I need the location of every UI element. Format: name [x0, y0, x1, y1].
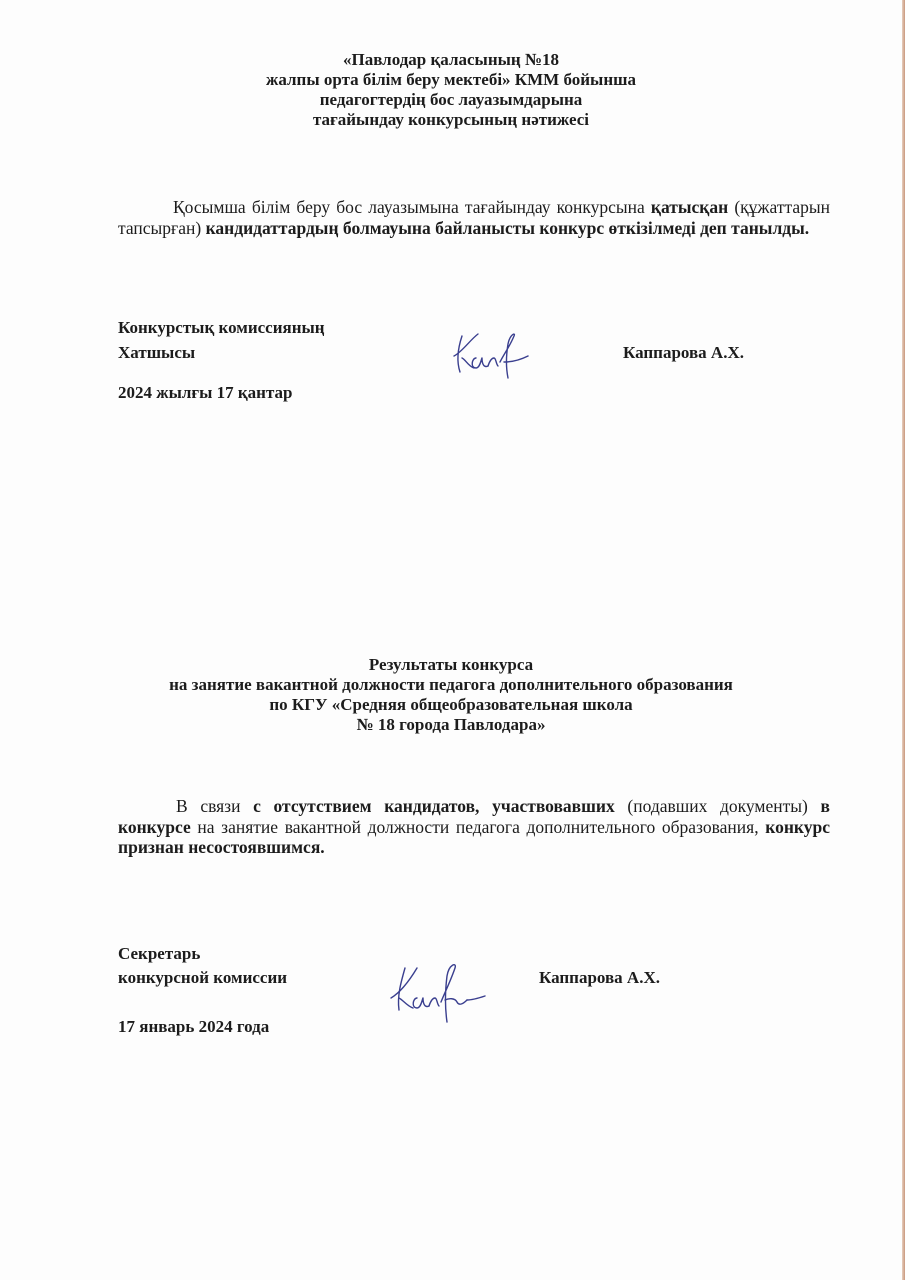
- kazakh-handwritten-signature: [448, 328, 538, 383]
- russian-body-text-3: (подавших документы): [615, 796, 821, 816]
- kazakh-body-text-1: Қосымша білім беру бос лауазымына тағайы…: [173, 197, 651, 217]
- russian-heading-line-2: на занятие вакантной должности педагога …: [0, 675, 902, 695]
- kazakh-heading-line-1: «Павлодар қаласының №18: [0, 50, 902, 70]
- russian-date: 17 январь 2024 года: [118, 1017, 269, 1037]
- kazakh-signer-name: Каппарова А.Х.: [623, 343, 744, 363]
- russian-signer-title-line-2: конкурсной комиссии: [118, 968, 287, 988]
- russian-heading-line-1: Результаты конкурса: [0, 655, 902, 675]
- kazakh-body-text-4: кандидаттардың болмауына байланысты конк…: [206, 218, 810, 238]
- russian-body-text-2: с отсутствием кандидатов, участвовавших: [253, 796, 615, 816]
- kazakh-date: 2024 жылғы 17 қантар: [118, 383, 292, 403]
- kazakh-signer-title-line-2: Хатшысы: [118, 343, 195, 363]
- kazakh-body-text-2: қатысқан: [651, 197, 728, 217]
- kazakh-heading-line-4: тағайындау конкурсының нәтижесі: [0, 110, 902, 130]
- russian-handwritten-signature: [383, 958, 493, 1028]
- russian-heading-line-3: по КГУ «Средняя общеобразовательная школ…: [0, 695, 902, 715]
- kazakh-body-paragraph: Қосымша білім беру бос лауазымына тағайы…: [118, 197, 830, 238]
- russian-body-text-5: на занятие вакантной должности педагога …: [191, 817, 765, 837]
- russian-body-paragraph: В связи с отсутствием кандидатов, участв…: [118, 796, 830, 858]
- russian-body-text-1: В связи: [176, 796, 253, 816]
- kazakh-heading-line-2: жалпы орта білім беру мектебі» КММ бойын…: [0, 70, 902, 90]
- document-page: «Павлодар қаласының №18 жалпы орта білім…: [0, 0, 902, 1280]
- russian-heading: Результаты конкурса на занятие вакантной…: [0, 655, 902, 735]
- russian-heading-line-4: № 18 города Павлодара»: [0, 715, 902, 735]
- russian-signer-title-line-1: Секретарь: [118, 944, 200, 964]
- kazakh-signer-title-line-1: Конкурстық комиссияның: [118, 318, 325, 338]
- russian-signer-name: Каппарова А.Х.: [539, 968, 660, 988]
- kazakh-heading: «Павлодар қаласының №18 жалпы орта білім…: [0, 50, 902, 130]
- kazakh-heading-line-3: педагогтердің бос лауазымдарына: [0, 90, 902, 110]
